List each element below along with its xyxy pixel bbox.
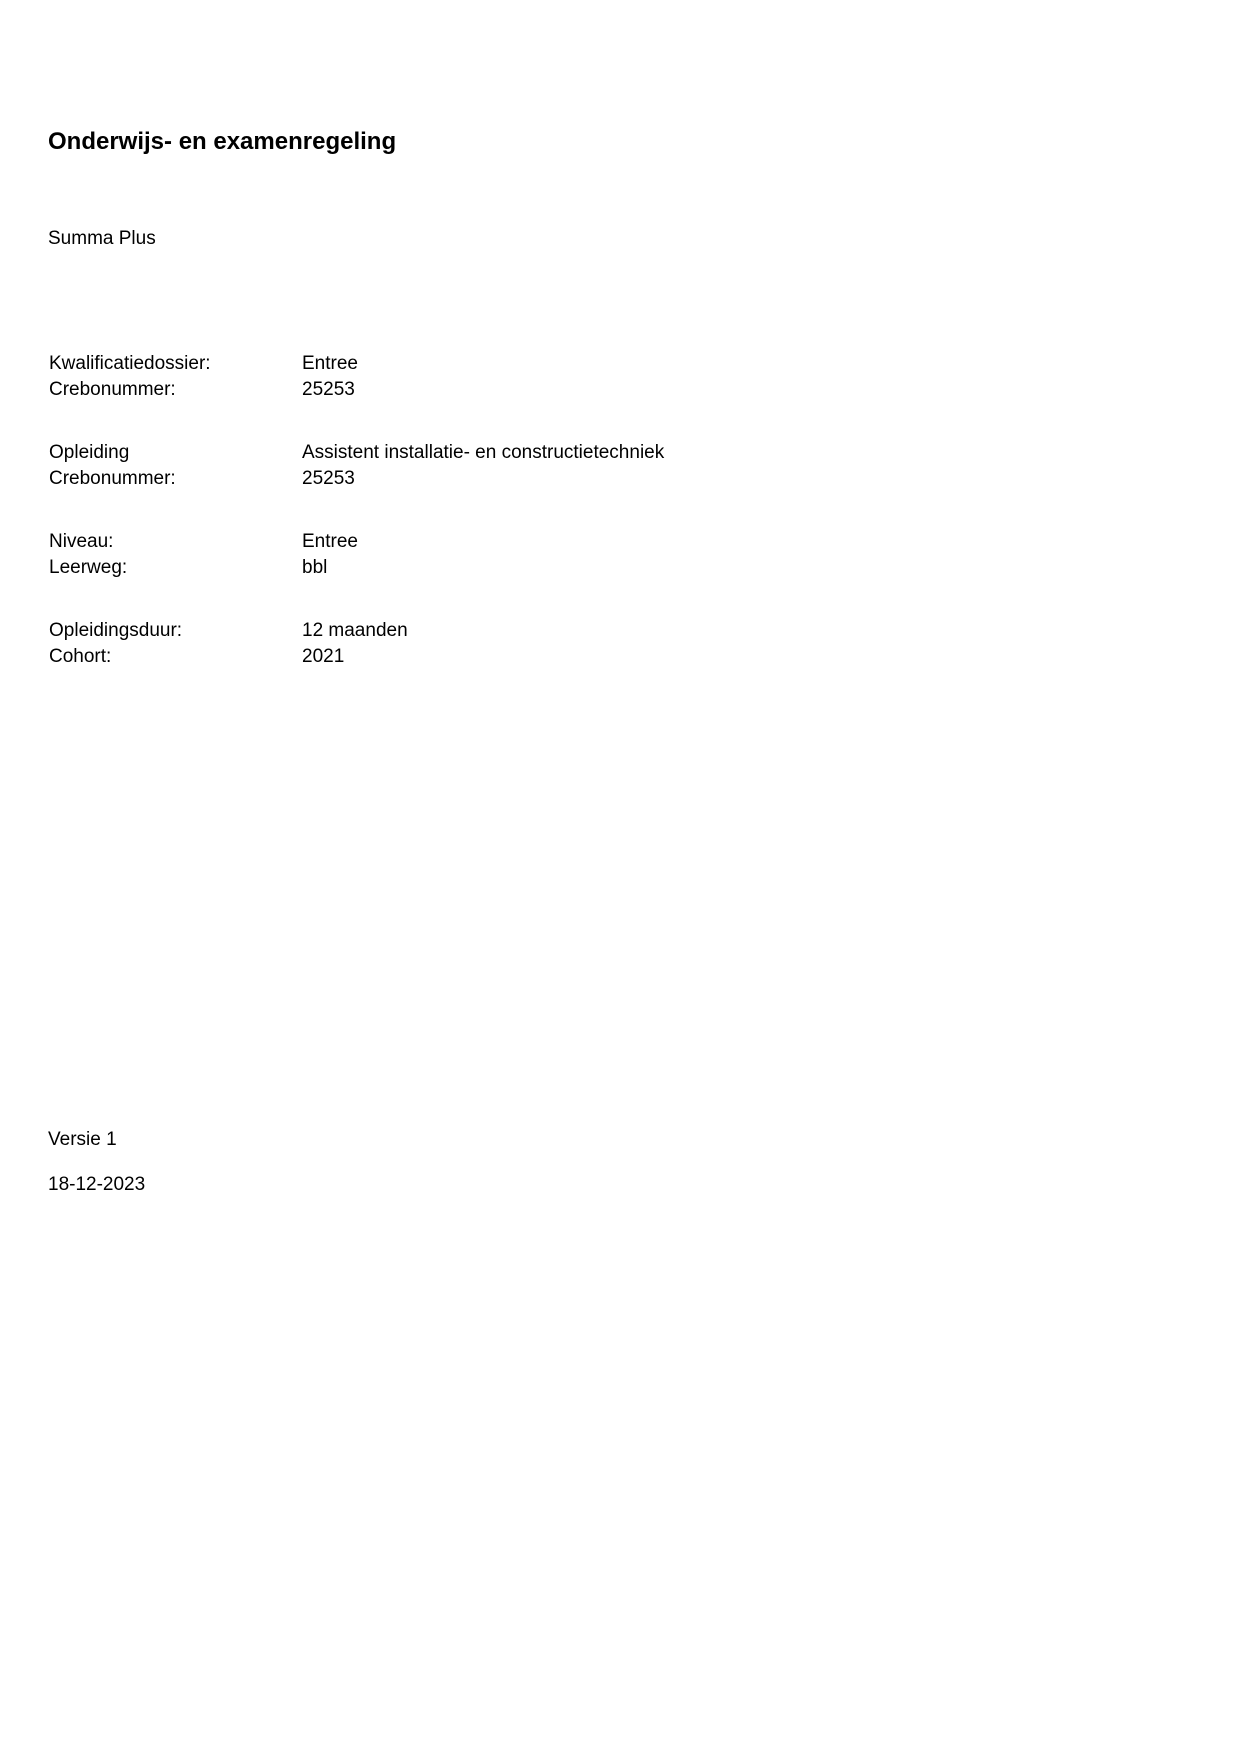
info-value: Assistent installatie- en constructietec… (302, 440, 664, 466)
info-value: 25253 (302, 466, 355, 492)
info-label: Opleiding (49, 440, 129, 466)
info-label: Crebonummer: (49, 377, 176, 403)
info-label: Kwalificatiedossier: (49, 351, 211, 377)
info-value: Entree (302, 351, 358, 377)
info-value: bbl (302, 555, 327, 581)
info-value: 2021 (302, 644, 344, 670)
info-label: Crebonummer: (49, 466, 176, 492)
document-date: 18-12-2023 (48, 1175, 145, 1194)
info-value: 25253 (302, 377, 355, 403)
document-title: Onderwijs- en examenregeling (48, 130, 396, 154)
info-label: Cohort: (49, 644, 111, 670)
info-value: 12 maanden (302, 618, 408, 644)
info-value: Entree (302, 529, 358, 555)
info-label: Niveau: (49, 529, 113, 555)
organization-name: Summa Plus (48, 229, 156, 248)
info-label: Leerweg: (49, 555, 127, 581)
info-label: Opleidingsduur: (49, 618, 182, 644)
document-version: Versie 1 (48, 1130, 117, 1149)
